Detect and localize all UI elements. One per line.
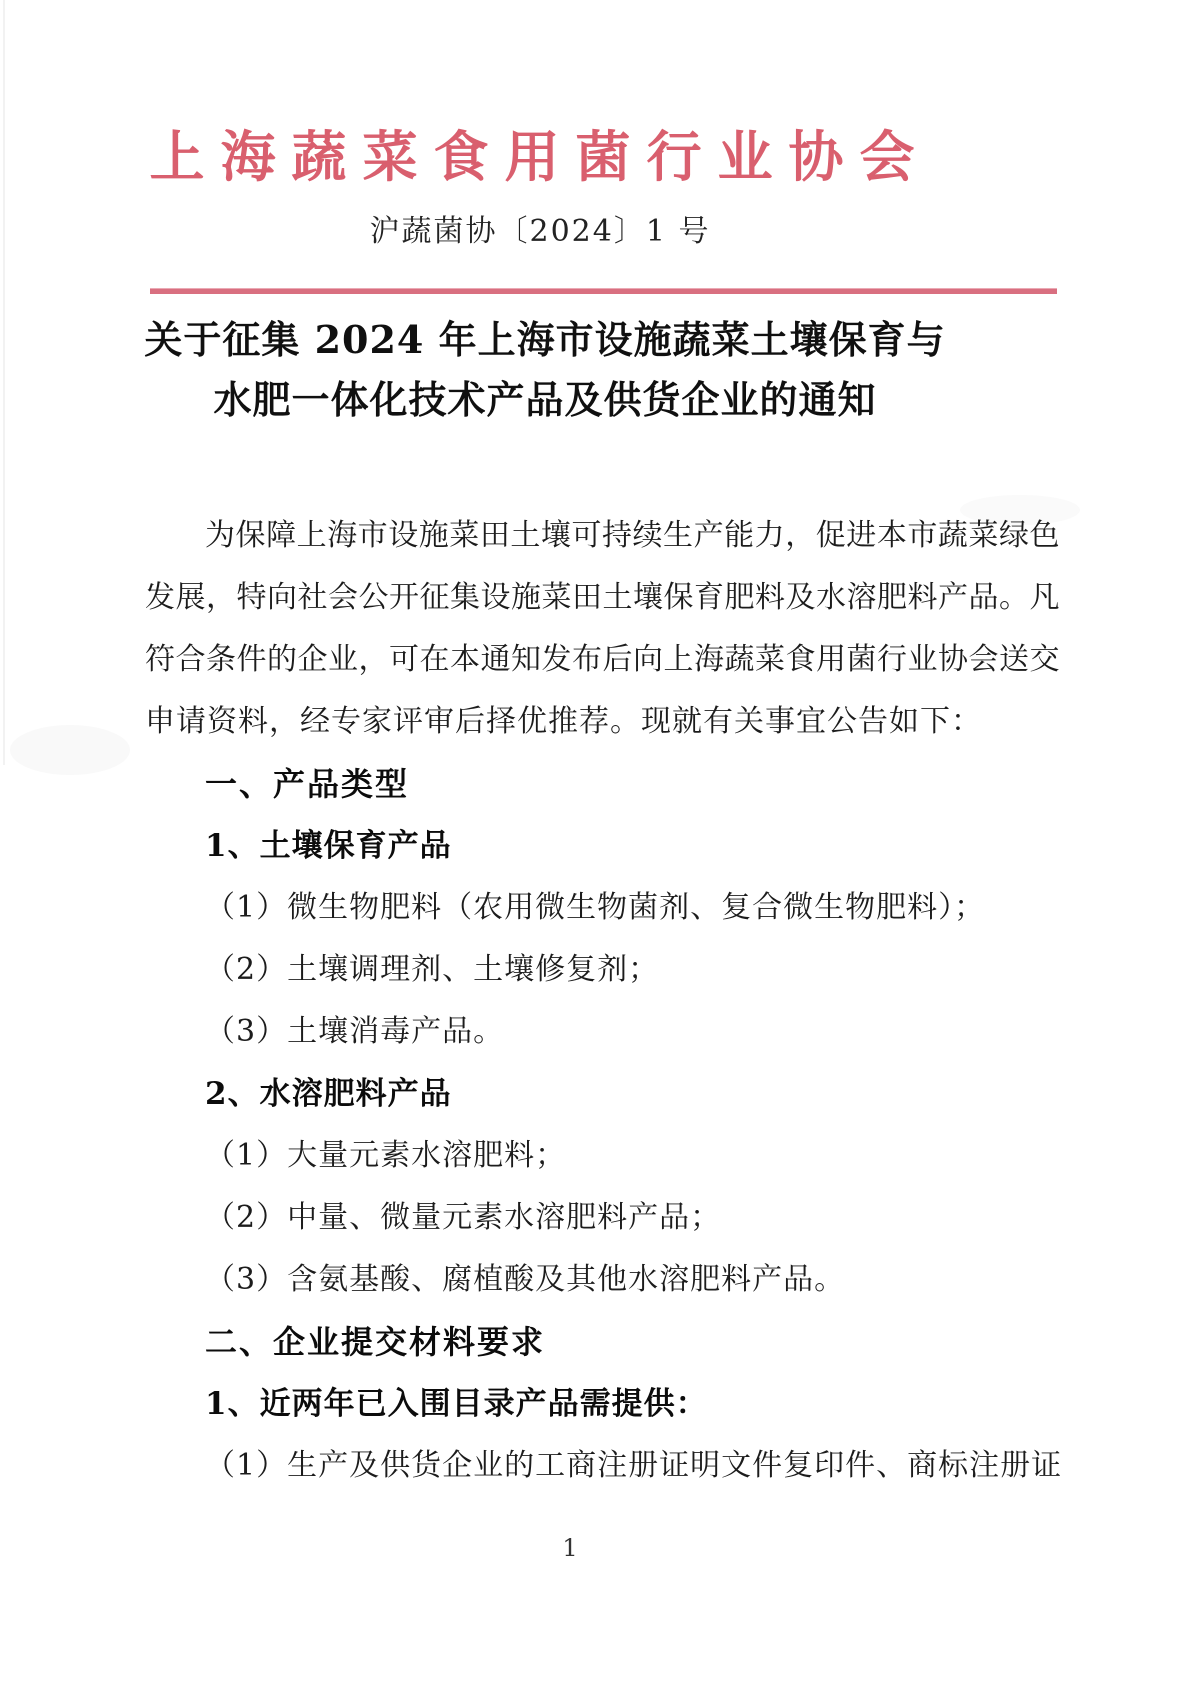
text-line: 发展，特向社会公开征集设施菜田土壤保育肥料及水溶肥料产品。凡 [145, 567, 1060, 629]
document-body: 为保障上海市设施菜田土壤可持续生产能力，促进本市蔬菜绿色发展，特向社会公开征集设… [145, 505, 1060, 1497]
text-line: （1）生产及供货企业的工商注册证明文件复印件、商标注册证 [145, 1435, 1060, 1497]
letterhead-org-name: 上海蔬菜食用菌行业协会 [0, 126, 1080, 188]
document-title-line-2: 水肥一体化技术产品及供货企业的通知 [0, 370, 1090, 430]
text-line: 一、产品类型 [145, 753, 1060, 815]
text-line: （3）土壤消毒产品。 [145, 1001, 1060, 1063]
document-title-line-1: 关于征集 2024 年上海市设施蔬菜土壤保育与 [0, 310, 1090, 370]
text-line: 1、土壤保育产品 [145, 815, 1060, 877]
text-line: 申请资料，经专家评审后择优推荐。现就有关事宜公告如下： [145, 691, 1060, 753]
letterhead-divider-rule [150, 288, 1057, 294]
text-line: （2）中量、微量元素水溶肥料产品； [145, 1187, 1060, 1249]
text-line: 符合条件的企业，可在本通知发布后向上海蔬菜食用菌行业协会送交 [145, 629, 1060, 691]
page-number: 1 [0, 1534, 1140, 1562]
document-title: 关于征集 2024 年上海市设施蔬菜土壤保育与 水肥一体化技术产品及供货企业的通… [0, 310, 1090, 430]
document-page: 上海蔬菜食用菌行业协会 沪蔬菌协〔2024〕1 号 关于征集 2024 年上海市… [0, 0, 1200, 1700]
text-line: 为保障上海市设施菜田土壤可持续生产能力，促进本市蔬菜绿色 [145, 505, 1060, 567]
text-line: 2、水溶肥料产品 [145, 1063, 1060, 1125]
text-line: （1）大量元素水溶肥料； [145, 1125, 1060, 1187]
text-line: 1、近两年已入围目录产品需提供： [145, 1373, 1060, 1435]
text-line: （2）土壤调理剂、土壤修复剂； [145, 939, 1060, 1001]
doc-reference-number: 沪蔬菌协〔2024〕1 号 [0, 212, 1080, 252]
text-line: 二、企业提交材料要求 [145, 1311, 1060, 1373]
text-line: （3）含氨基酸、腐植酸及其他水溶肥料产品。 [145, 1249, 1060, 1311]
scan-artifact [10, 725, 130, 775]
text-line: （1）微生物肥料（农用微生物菌剂、复合微生物肥料）； [145, 877, 1060, 939]
